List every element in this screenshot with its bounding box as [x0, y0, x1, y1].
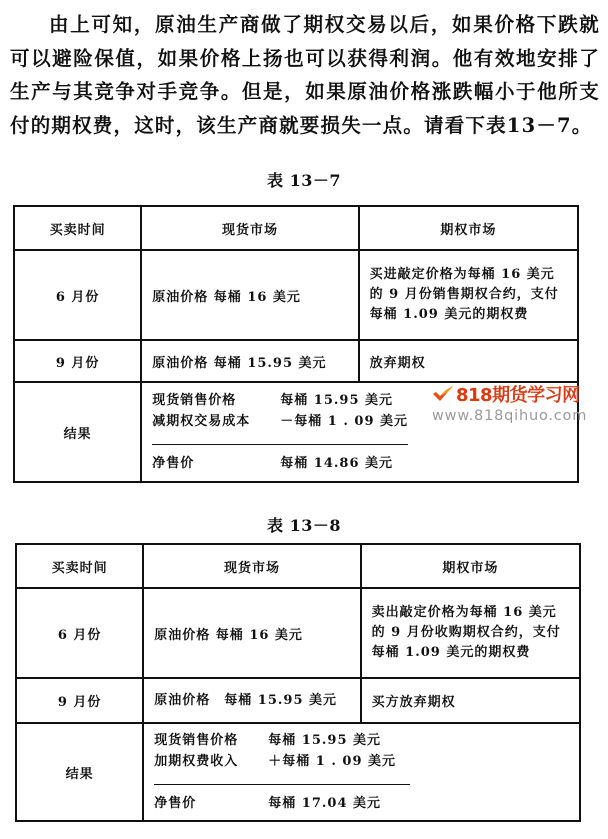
table-row: 9 月份 原油价格 每桶 15.95 美元 放弃期权: [14, 340, 578, 382]
cell-spot: 原油价格 每桶 15.95 美元: [143, 678, 360, 723]
table-13-7: 买卖时间 现货市场 期权市场 6 月份 原油价格 每桶 16 美元 买进敲定价格…: [13, 205, 579, 483]
watermark-url: www.818qihuo.com: [432, 408, 608, 424]
watermark-site-name: 818期货学习网: [456, 381, 580, 407]
header-spot-market: 现货市场: [143, 544, 360, 588]
cell-time: 6 月份: [14, 250, 141, 340]
cell-option: 卖出敲定价格为每桶 16 美元的 9 月份收购期权合约，支付每桶 1.09 美元…: [361, 588, 580, 678]
cell-option: 放弃期权: [359, 340, 578, 382]
result-row: 结果 现货销售价格 每桶 15.95 美元 加期权费收入 ＋每桶 1 . 09 …: [16, 723, 580, 821]
sum-rule: [154, 784, 410, 785]
table-row: 6 月份 原油价格 每桶 16 美元 卖出敲定价格为每桶 16 美元的 9 月份…: [16, 588, 580, 678]
header-option-market: 期权市场: [361, 544, 580, 588]
result-line: 加期权费收入 ＋每桶 1 . 09 美元: [154, 751, 569, 772]
table-13-8: 买卖时间 现货市场 期权市场 6 月份 原油价格 每桶 16 美元 卖出敲定价格…: [15, 543, 581, 822]
cell-spot: 原油价格 每桶 16 美元: [143, 588, 360, 678]
site-watermark: 818期货学习网 www.818qihuo.com: [432, 381, 608, 424]
result-line: 现货销售价格 每桶 15.95 美元: [154, 730, 569, 751]
cell-result-label: 结果: [14, 382, 141, 482]
table-13-7-caption: 表 13－7: [0, 168, 608, 191]
cell-time: 9 月份: [16, 678, 143, 723]
table-row: 9 月份 原油价格 每桶 15.95 美元 买方放弃期权: [16, 678, 580, 723]
cell-time: 6 月份: [16, 588, 143, 678]
sum-rule: [152, 444, 408, 445]
net-price-line: 净售价 每桶 14.86 美元: [152, 453, 567, 474]
cell-result-label: 结果: [16, 723, 143, 821]
cell-spot: 原油价格 每桶 16 美元: [141, 250, 358, 340]
flame-check-icon: [432, 384, 454, 404]
cell-option: 买方放弃期权: [361, 678, 580, 723]
header-time: 买卖时间: [14, 206, 141, 250]
table-header-row: 买卖时间 现货市场 期权市场: [14, 206, 578, 250]
intro-paragraph: 由上可知，原油生产商做了期权交易以后，如果价格下跌就可以避险保值，如果价格上扬也…: [10, 8, 600, 142]
cell-time: 9 月份: [14, 340, 141, 382]
cell-spot: 原油价格 每桶 15.95 美元: [141, 340, 358, 382]
header-option-market: 期权市场: [359, 206, 578, 250]
table-row: 6 月份 原油价格 每桶 16 美元 买进敲定价格为每桶 16 美元的 9 月份…: [14, 250, 578, 340]
cell-option: 买进敲定价格为每桶 16 美元的 9 月份销售期权合约，支付每桶 1.09 美元…: [359, 250, 578, 340]
net-price-line: 净售价 每桶 17.04 美元: [154, 793, 569, 814]
header-spot-market: 现货市场: [141, 206, 358, 250]
table-header-row: 买卖时间 现货市场 期权市场: [16, 544, 580, 588]
header-time: 买卖时间: [16, 544, 143, 588]
table-13-8-caption: 表 13－8: [0, 513, 608, 536]
cell-result: 现货销售价格 每桶 15.95 美元 加期权费收入 ＋每桶 1 . 09 美元 …: [143, 723, 580, 821]
